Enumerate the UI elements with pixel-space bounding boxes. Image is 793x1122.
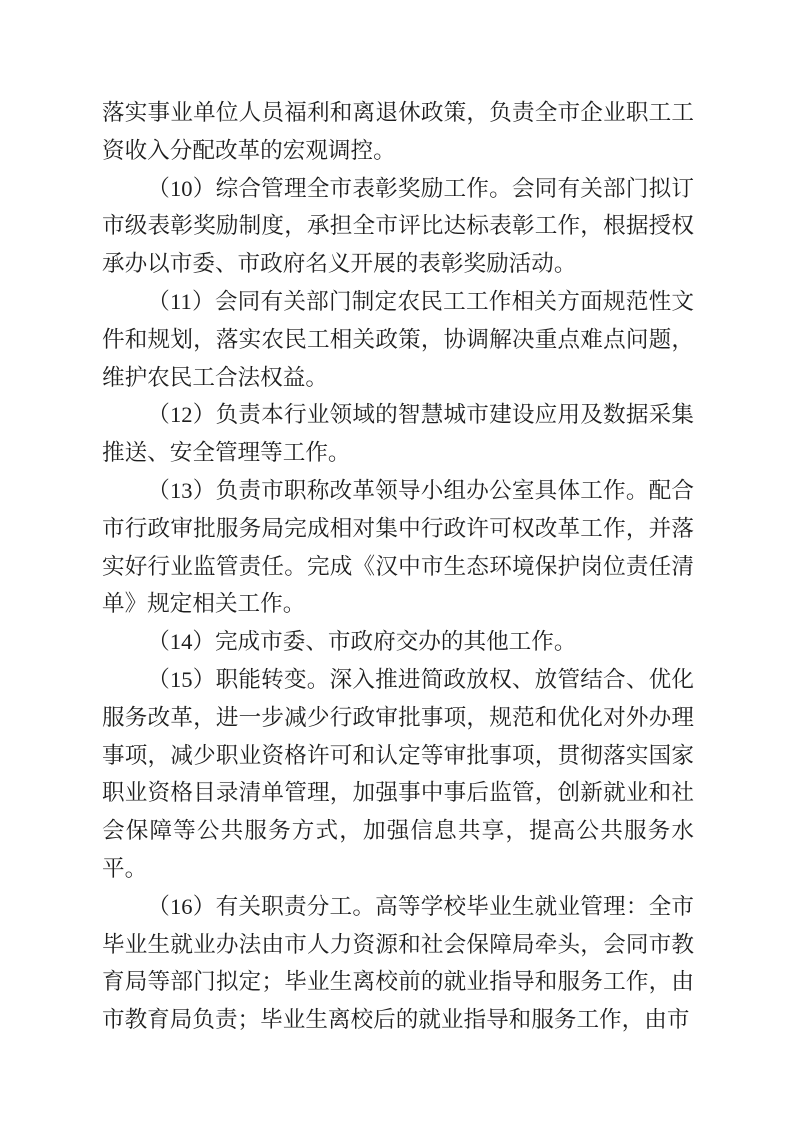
- document-page: 落实事业单位人员福利和离退休政策，负责全市企业职工工资收入分配改革的宏观调控。 …: [0, 0, 793, 1122]
- paragraph-continuation: 落实事业单位人员福利和离退休政策，负责全市企业职工工资收入分配改革的宏观调控。: [102, 94, 694, 170]
- paragraph-item-14: （14）完成市委、市政府交办的其他工作。: [102, 623, 694, 661]
- paragraph-item-10: （10）综合管理全市表彰奖励工作。会同有关部门拟订市级表彰奖励制度，承担全市评比…: [102, 170, 694, 283]
- paragraph-item-11: （11）会同有关部门制定农民工工作相关方面规范性文件和规划，落实农民工相关政策，…: [102, 283, 694, 396]
- paragraph-item-16: （16）有关职责分工。高等学校毕业生就业管理：全市毕业生就业办法由市人力资源和社…: [102, 888, 694, 1039]
- paragraph-item-12: （12）负责本行业领域的智慧城市建设应用及数据采集推送、安全管理等工作。: [102, 396, 694, 472]
- paragraph-item-13: （13）负责市职称改革领导小组办公室具体工作。配合市行政审批服务局完成相对集中行…: [102, 472, 694, 623]
- paragraph-item-15: （15）职能转变。深入推进简政放权、放管结合、优化服务改革，进一步减少行政审批事…: [102, 661, 694, 888]
- document-body: 落实事业单位人员福利和离退休政策，负责全市企业职工工资收入分配改革的宏观调控。 …: [102, 94, 694, 1039]
